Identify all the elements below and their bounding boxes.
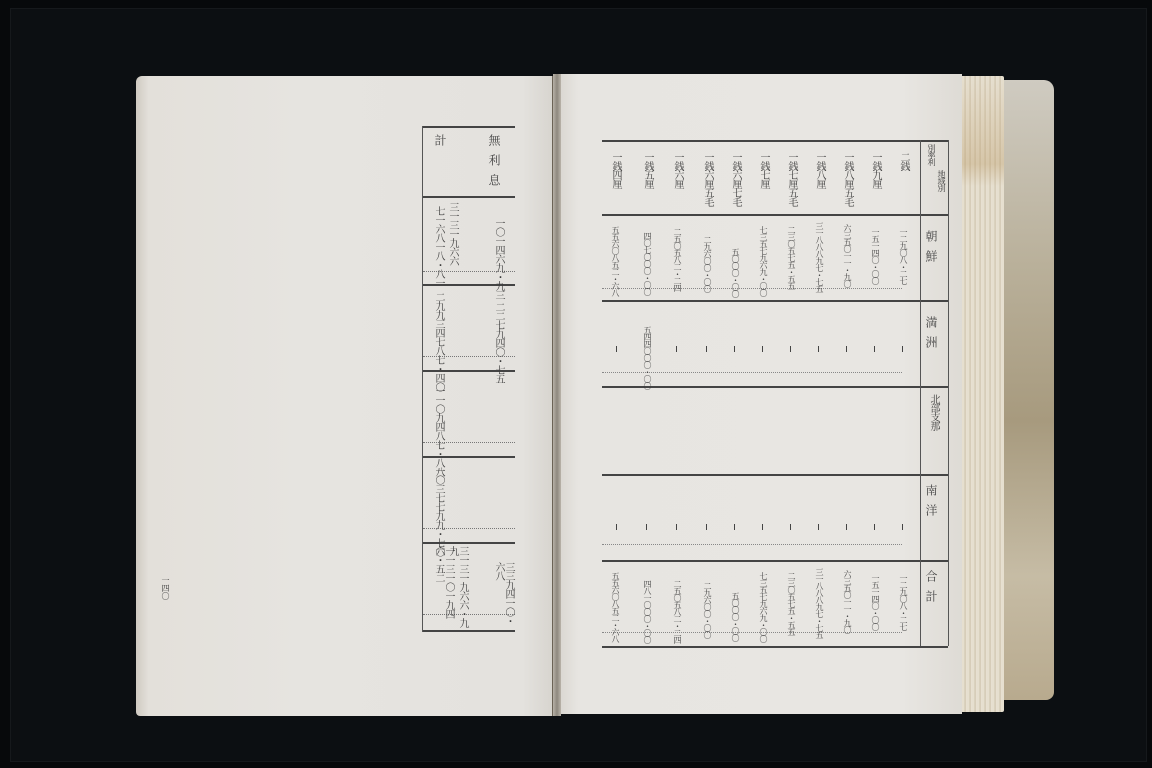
rate-header-10: 一銭四厘 [610, 152, 620, 188]
total-value-7: 二九六〇〇・〇〇 [702, 582, 712, 638]
cell-total-1a: 七一六八一八・八一 [433, 206, 443, 287]
total-value-8: 二五〇五八二・二四 [672, 580, 682, 643]
chosen-value-6: 五〇〇〇・〇〇 [730, 248, 740, 297]
header-total: 計 [435, 134, 445, 154]
rate-header-9: 一銭五厘 [642, 152, 652, 188]
rate-header-3: 一銭八厘 [814, 152, 824, 188]
total-value-3: 三一八八八九七・七五 [814, 568, 824, 638]
cell-total-3: 一一〇九四八七・八八 [433, 386, 443, 476]
region-nanyo: 南洋 [926, 484, 936, 524]
book-cover-edge [1000, 80, 1054, 700]
chosen-value-9: 四〇七〇〇〇・〇〇 [642, 232, 652, 295]
total-value-4: 二三〇五七五・五五 [786, 572, 796, 635]
region-total: 合計 [926, 570, 936, 610]
corner-header-rate: 別率利 [926, 144, 936, 165]
chosen-value-10: 五五六〇八五二・六八 [610, 226, 620, 296]
total-value-1: 一五一四〇・〇〇 [870, 574, 880, 630]
cell-total-2: 二九九三四七八七・四〇 [433, 292, 443, 391]
total-value-5: 七三五七九六九・〇〇 [758, 572, 768, 642]
total-value-2: 六三五〇一一・九〇 [842, 570, 852, 633]
region-chosen: 朝鮮 [926, 230, 936, 270]
cell-total-5b: 三一三一九六六・九九 [447, 546, 467, 632]
rate-header-0: 二銭 [898, 152, 908, 170]
total-value-9: 四八一〇〇〇・〇〇 [642, 580, 652, 643]
cell-interest-1: 一〇一四六九・九三 [493, 218, 503, 299]
rate-header-2: 一銭八厘五毛 [842, 152, 852, 206]
chosen-value-1: 一五一四〇・〇〇 [870, 228, 880, 284]
cell-interest-5: 三三九四一〇・六八 [493, 562, 513, 632]
rate-header-1: 一銭九厘 [870, 152, 880, 188]
folio-number: 一四〇 [160, 576, 171, 600]
region-manchuria: 満洲 [926, 316, 936, 356]
cell-total-4: 一〇三七七九九・七〇 [433, 466, 443, 556]
header-no-interest: 無利息 [489, 134, 499, 194]
region-north-china: 北部支那 [928, 394, 938, 430]
total-value-6: 五〇〇〇・〇〇 [730, 592, 740, 641]
cell-interest-2: 二二七九四〇・七五 [493, 302, 503, 383]
total-value-10: 五五六〇八五二・六八 [610, 572, 620, 642]
chosen-value-5: 七三五七九六九・〇〇 [758, 226, 768, 296]
chosen-value-8: 二五〇五八二・二四 [672, 228, 682, 291]
total-value-0: 一二九〇八・二七 [898, 574, 908, 630]
left-summary-table: 計 無利息 一〇一四六九・九三 七一六八一八・八一 三一三一九六六 二二七九四〇… [422, 126, 515, 632]
rate-header-5: 一銭七厘 [758, 152, 768, 188]
chosen-value-7: 二九六〇〇・〇〇 [702, 236, 712, 292]
water-stain [962, 76, 1004, 186]
chosen-value-2: 六三五〇一一・九〇 [842, 224, 852, 287]
corner-header-region: 地域別 [936, 170, 946, 191]
rate-header-6: 一銭六厘七毛 [730, 152, 740, 206]
rate-header-4: 一銭七厘五毛 [786, 152, 796, 206]
book-gutter [553, 74, 561, 716]
rate-header-8: 一銭六厘 [672, 152, 682, 188]
rate-header-7: 一銭六厘五毛 [702, 152, 712, 206]
chosen-value-3: 三一八八八九七・七五 [814, 222, 824, 292]
open-book: 一四〇 計 無利息 一〇一四六九・九三 七一六八一八・八一 三一三一九六六 二二… [0, 0, 1152, 768]
right-rate-table: 別率利 地域別 朝鮮 満洲 北部支那 南洋 合計 二銭 一銭九厘 一銭八厘五毛 … [602, 140, 948, 648]
chosen-value-4: 二三〇五七五・五五 [786, 226, 796, 289]
manchuria-value-9: 五四四〇〇〇・〇〇 [642, 326, 652, 389]
cell-total-1b: 三一三一九六六 [447, 202, 457, 265]
chosen-value-0: 一二九〇八・二七 [898, 228, 908, 284]
